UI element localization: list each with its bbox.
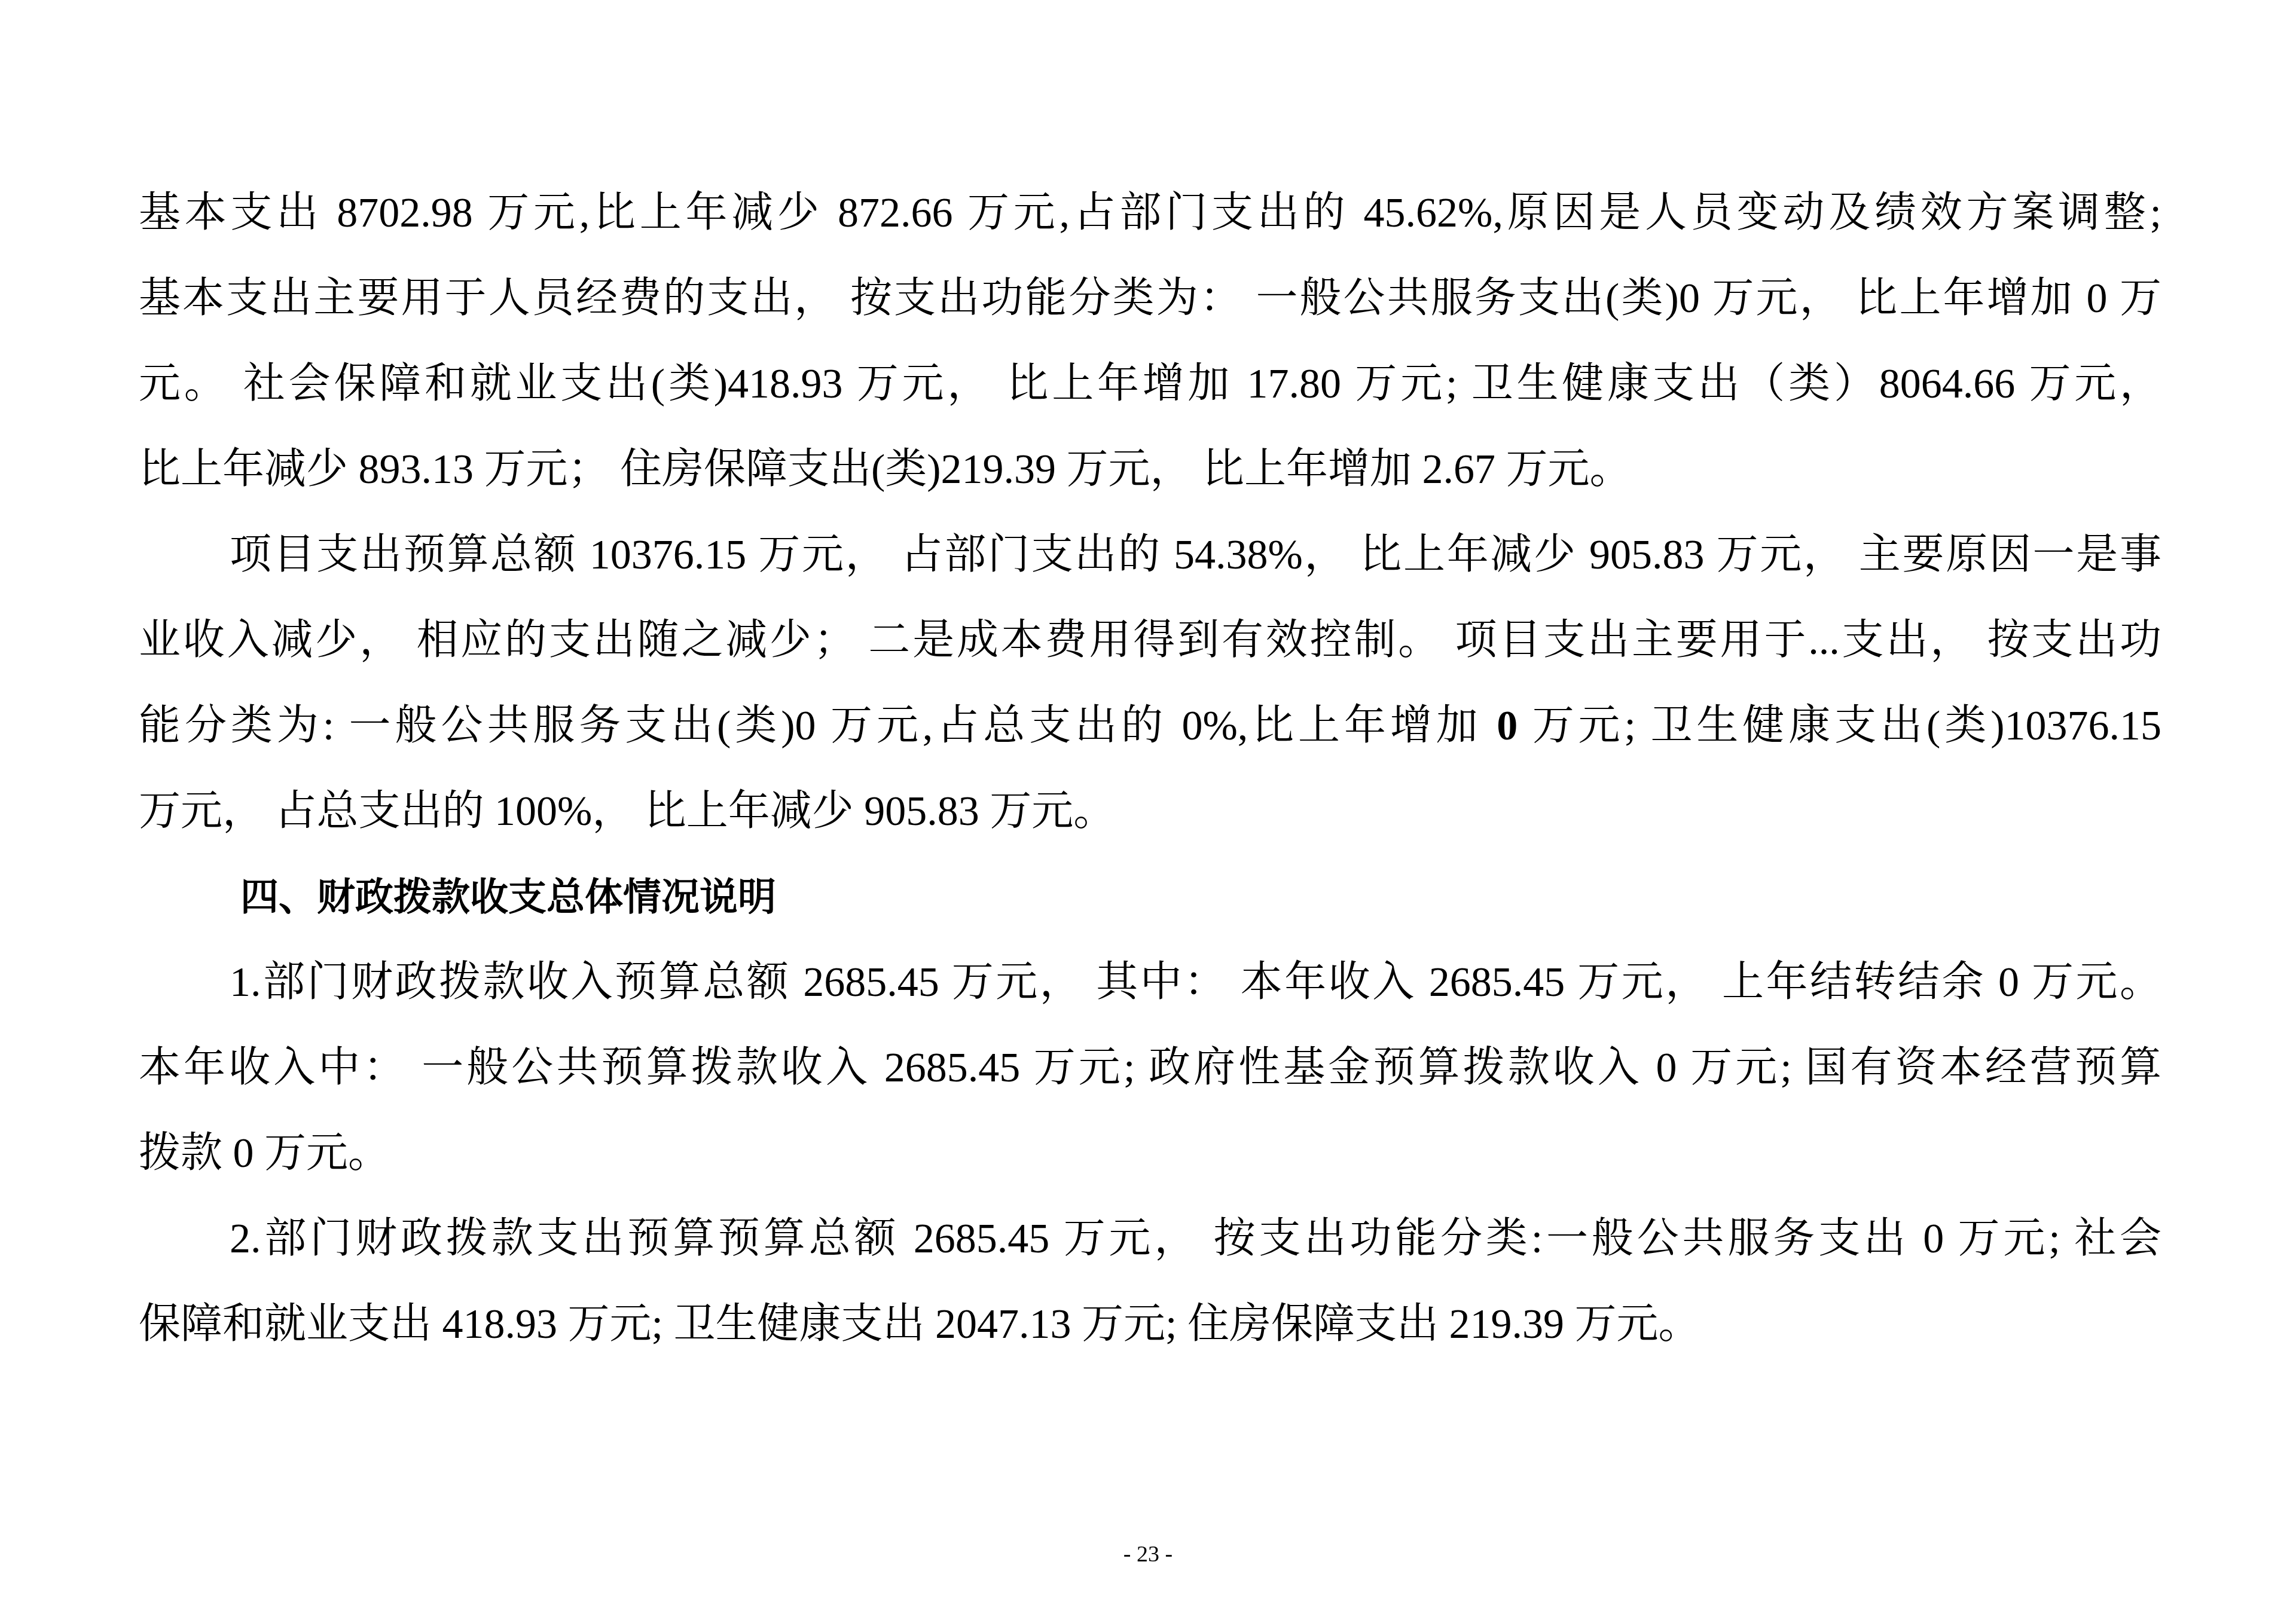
text-line: 保障和就业支出 418.93 万元; 卫生健康支出 2047.13 万元; 住房… [139,1282,2161,1367]
paragraph-project-expenditure: 项目支出预算总额 10376.15 万元， 占部门支出的 54.38%， 比上年… [139,512,2161,854]
text-line: 拨款 0 万元。 [139,1111,2161,1196]
page-number: - 23 - [0,1540,2296,1569]
text-line: 业收入减少， 相应的支出随之减少； 二是成本费用得到有效控制。 项目支出主要用于… [139,598,2161,683]
paragraph-fiscal-expenditure: 2.部门财政拨款支出预算预算总额 2685.45 万元， 按支出功能分类:一般公… [139,1196,2161,1367]
paragraph-fiscal-income: 1.部门财政拨款收入预算总额 2685.45 万元， 其中： 本年收入 2685… [139,940,2161,1196]
bold-zero-value: 0 [1497,703,1518,749]
text-line: 基本支出 8702.98 万元,比上年减少 872.66 万元,占部门支出的 4… [139,170,2161,256]
text-line: 比上年减少 893.13 万元； 住房保障支出(类)219.39 万元， 比上年… [139,427,2161,512]
document-body: 基本支出 8702.98 万元,比上年减少 872.66 万元,占部门支出的 4… [139,170,2161,1367]
text-line: 项目支出预算总额 10376.15 万元， 占部门支出的 54.38%， 比上年… [139,512,2161,598]
text-segment: 能分类为: 一般公共服务支出(类)0 万元,占总支出的 0%,比上年增加 [139,703,1497,749]
paragraph-basic-expenditure: 基本支出 8702.98 万元,比上年减少 872.66 万元,占部门支出的 4… [139,170,2161,512]
text-line: 本年收入中： 一般公共预算拨款收入 2685.45 万元; 政府性基金预算拨款收… [139,1025,2161,1111]
text-line: 1.部门财政拨款收入预算总额 2685.45 万元， 其中： 本年收入 2685… [139,940,2161,1025]
section-heading-fiscal-appropriation: 四、财政拨款收支总体情况说明 [139,854,2161,940]
text-line: 2.部门财政拨款支出预算预算总额 2685.45 万元， 按支出功能分类:一般公… [139,1196,2161,1282]
text-line: 能分类为: 一般公共服务支出(类)0 万元,占总支出的 0%,比上年增加 0 万… [139,683,2161,769]
text-line: 元。 社会保障和就业支出(类)418.93 万元， 比上年增加 17.80 万元… [139,341,2161,427]
text-line: 基本支出主要用于人员经费的支出， 按支出功能分类为： 一般公共服务支出(类)0 … [139,256,2161,341]
text-line: 万元， 占总支出的 100%， 比上年减少 905.83 万元。 [139,769,2161,854]
text-segment: 万元; 卫生健康支出(类)10376.15 [1518,703,2161,749]
document-page: 基本支出 8702.98 万元,比上年减少 872.66 万元,占部门支出的 4… [0,0,2296,1623]
